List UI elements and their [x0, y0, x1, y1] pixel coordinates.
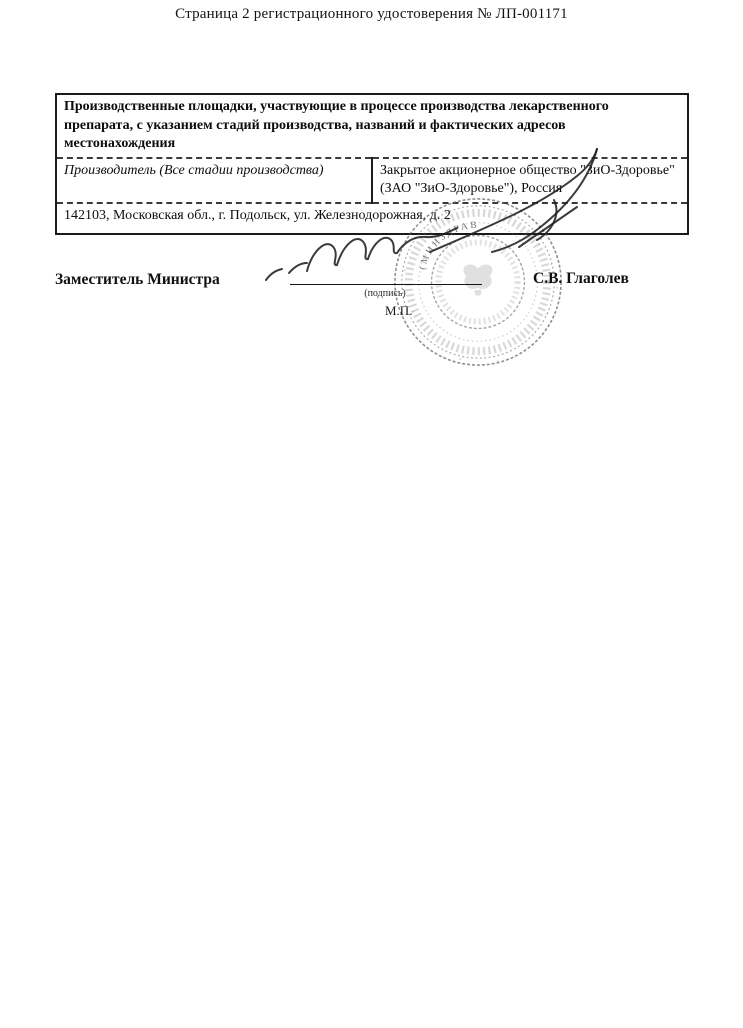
table-header-row: Производственные площадки, участвующие в… — [56, 94, 688, 158]
production-sites-table: Производственные площадки, участвующие в… — [55, 93, 689, 235]
manufacturer-address-cell: 142103, Московская обл., г. Подольск, ул… — [56, 203, 688, 234]
page-title: Страница 2 регистрационного удостоверени… — [0, 6, 743, 23]
stamp-noise-specks — [404, 244, 558, 362]
document-page: Страница 2 регистрационного удостоверени… — [0, 0, 743, 1028]
manufacturer-role-cell: Производитель (Все стадии производства) — [56, 158, 372, 203]
manufacturer-row: Производитель (Все стадии производства) … — [56, 158, 688, 203]
address-row: 142103, Московская обл., г. Подольск, ул… — [56, 203, 688, 234]
signer-name: С.В. Глаголев — [533, 270, 629, 288]
stamp-center-emblem — [464, 264, 493, 295]
seal-place-label: М.П. — [385, 303, 412, 319]
table-header-cell: Производственные площадки, участвующие в… — [56, 94, 688, 158]
signature-line — [290, 284, 482, 285]
signer-position-title: Заместитель Министра — [55, 271, 220, 289]
manufacturer-name-cell: Закрытое акционерное общество "ЗиО-Здоро… — [372, 158, 688, 203]
signature-caption: (подпись) — [340, 288, 430, 299]
